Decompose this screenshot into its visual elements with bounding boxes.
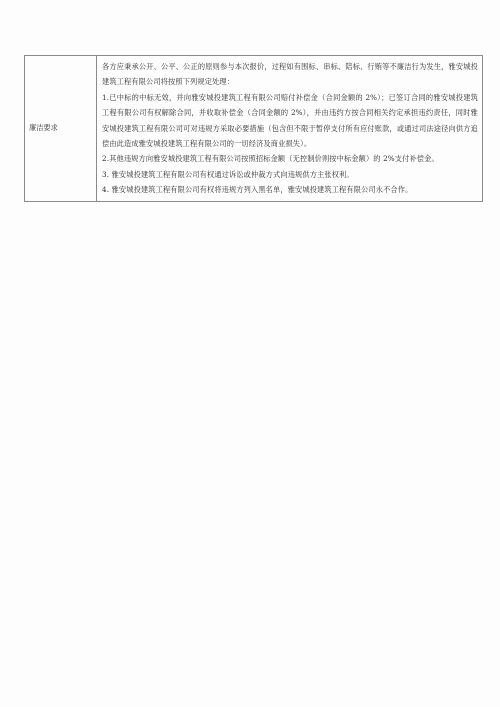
clause-1: 1.已中标的中标无效，并向雅安城投建筑工程有限公司赔付补偿金（合同金额的 2%）… [102, 90, 478, 152]
clause-3: 3. 雅安城投建筑工程有限公司有权通过诉讼或仲裁方式向违规供方主张权利。 [102, 167, 478, 182]
clause-4: 4. 雅安城投建筑工程有限公司有权将违规方列入黑名单，雅安城投建筑工程有限公司永… [102, 182, 478, 197]
row-label-cell: 廉洁要求 [25, 56, 97, 202]
integrity-requirements-table: 廉洁要求 各方应秉承公开、公平、公正的原则参与本次报价，过程如有围标、串标、陪标… [24, 55, 483, 202]
document-page: 廉洁要求 各方应秉承公开、公平、公正的原则参与本次报价，过程如有围标、串标、陪标… [0, 0, 500, 707]
row-content-cell: 各方应秉承公开、公平、公正的原则参与本次报价，过程如有围标、串标、陪标、行贿等不… [97, 56, 483, 202]
row-label: 廉洁要求 [29, 123, 58, 132]
table-row: 廉洁要求 各方应秉承公开、公平、公正的原则参与本次报价，过程如有围标、串标、陪标… [25, 56, 483, 202]
intro-paragraph: 各方应秉承公开、公平、公正的原则参与本次报价，过程如有围标、串标、陪标、行贿等不… [102, 59, 478, 90]
clause-2: 2.其他违规方向雅安城投建筑工程有限公司按照招标金额（无控制价则按中标金额）的 … [102, 151, 478, 166]
